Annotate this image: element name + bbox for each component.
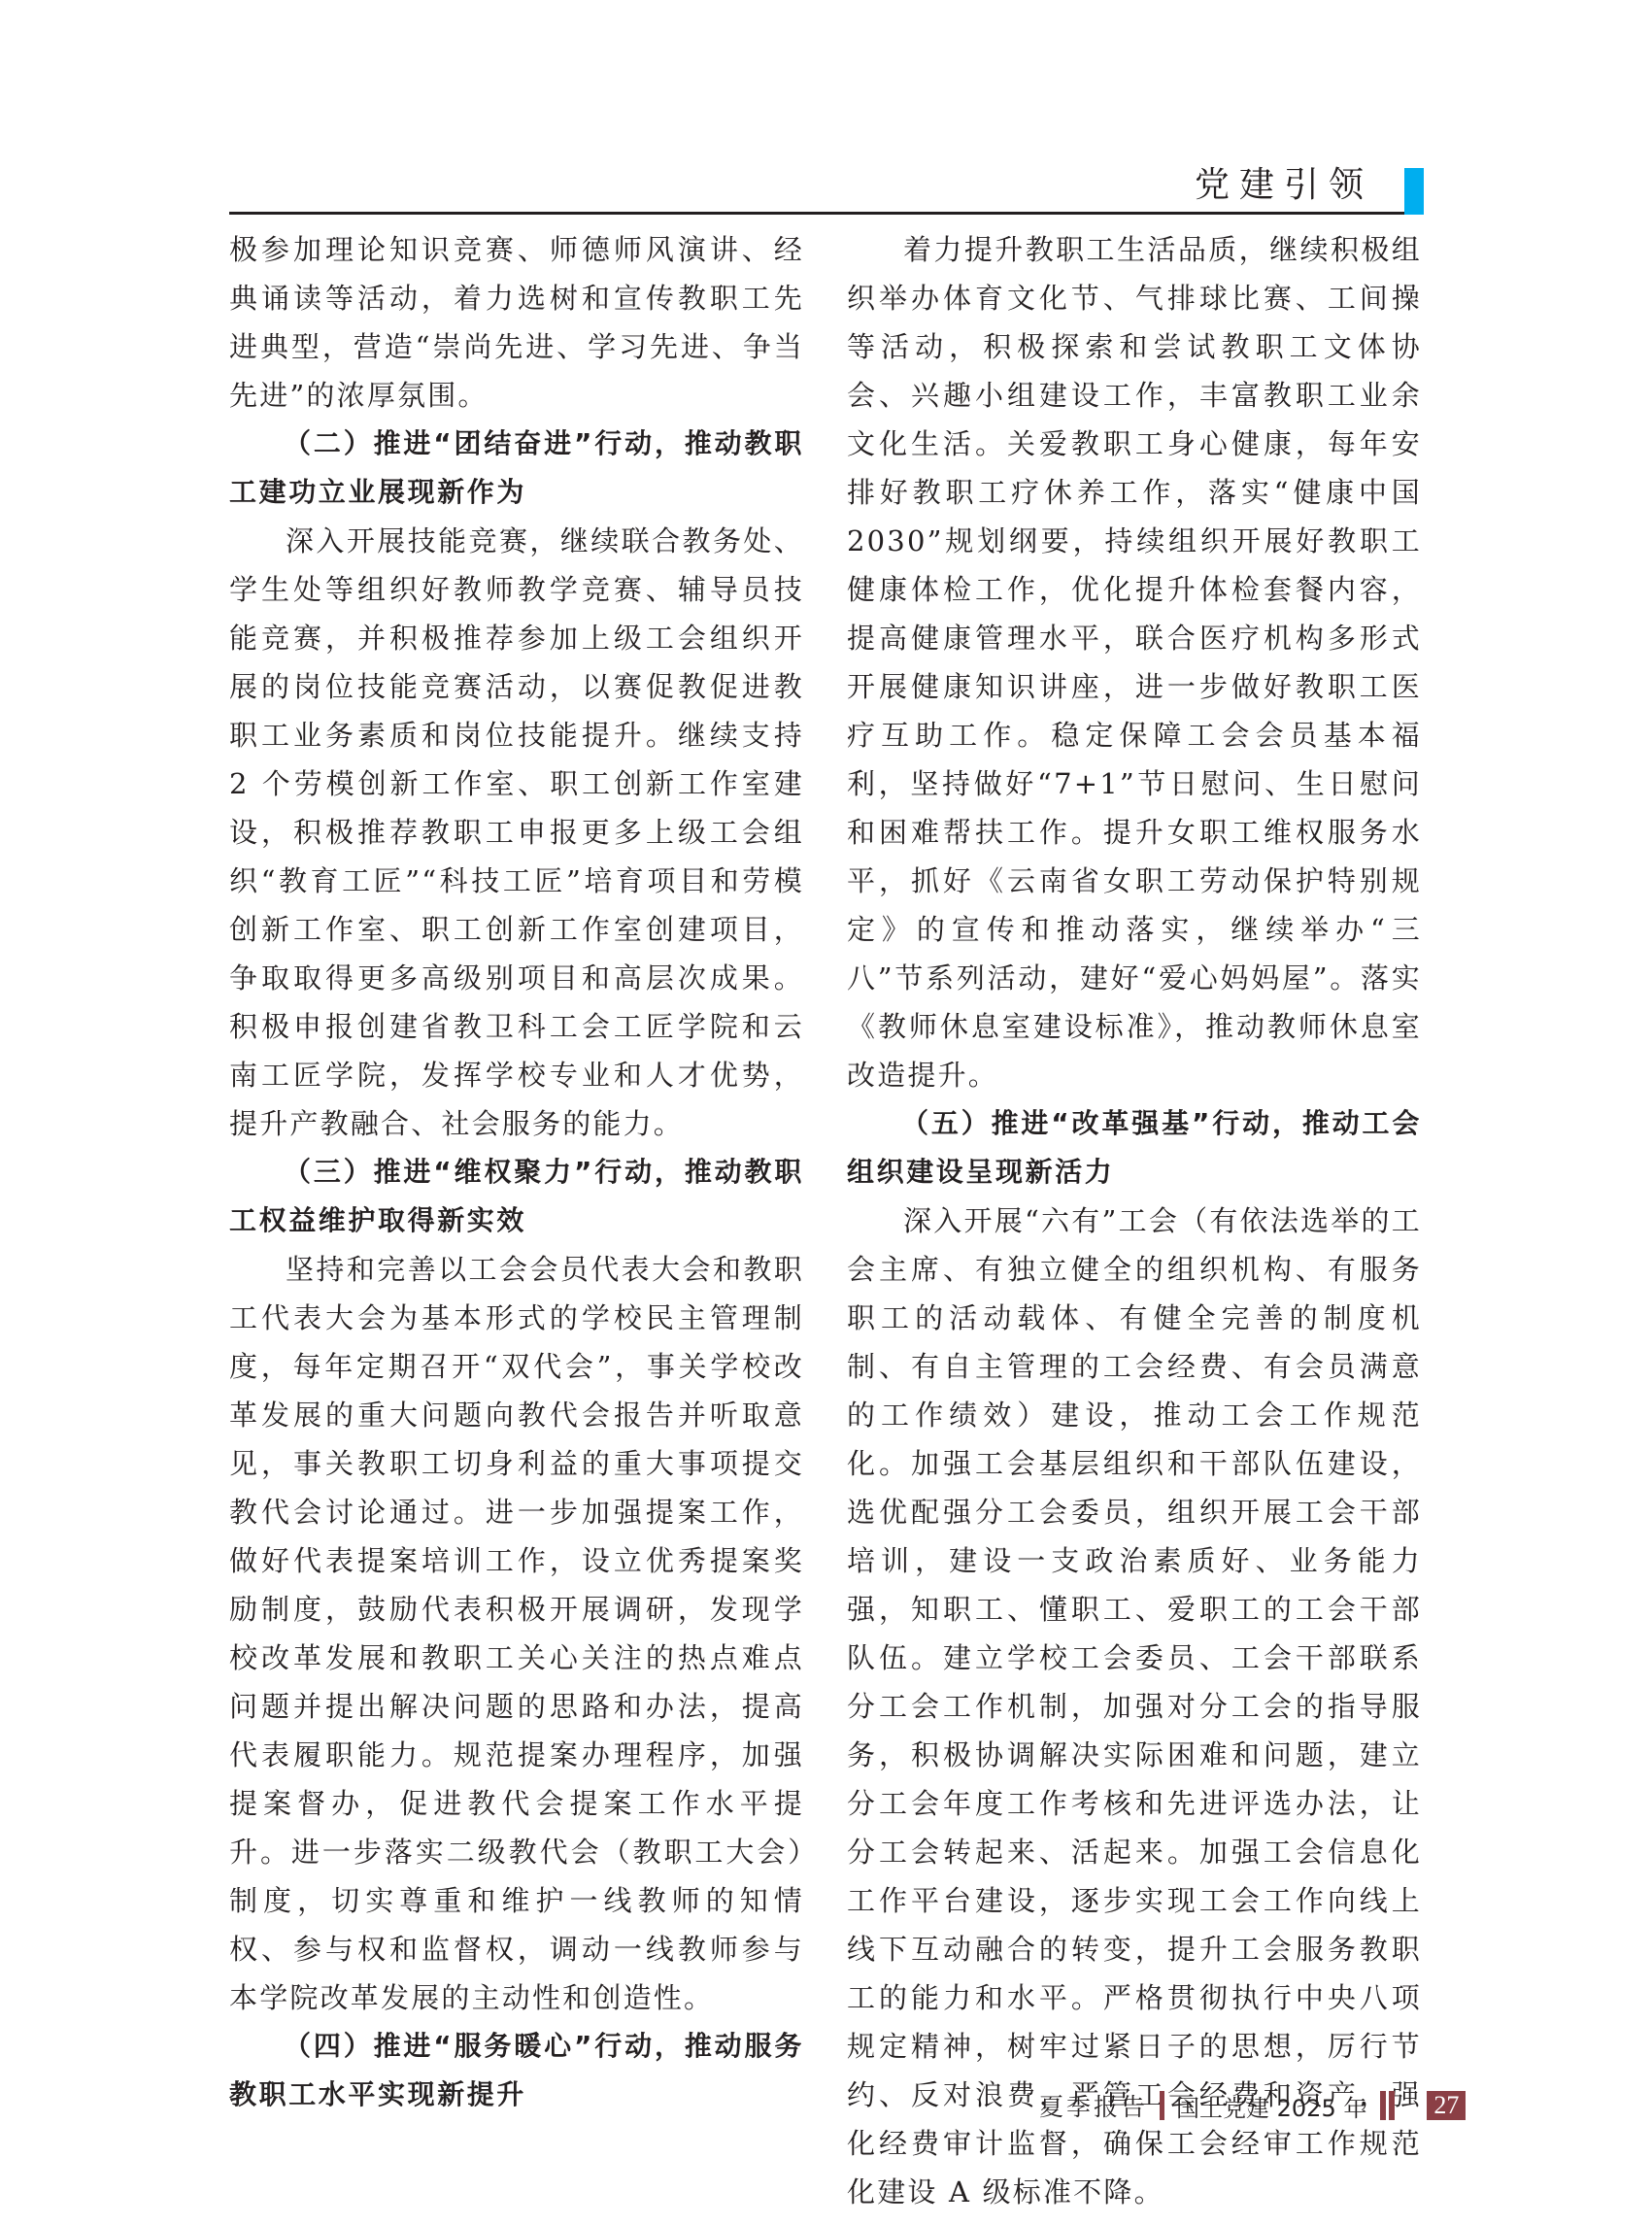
paragraph: 深入开展技能竞赛，继续联合教务处、学生处等组织好教师教学竞赛、辅导员技能竞赛，并…	[229, 517, 804, 1148]
section-heading-5: （五）推进“改革强基”行动，推动工会组织建设呈现新活力	[847, 1099, 1422, 1197]
paragraph: 深入开展“六有”工会（有依法选举的工会主席、有独立健全的组织机构、有服务职工的活…	[847, 1197, 1422, 2216]
section-title: 党建引领	[1195, 161, 1373, 210]
footer-double-bar	[1380, 2091, 1398, 2120]
section-heading-2: （二）推进“团结奋进”行动，推动教职工建功立业展现新作为	[229, 420, 804, 517]
section-accent-bar	[1404, 168, 1424, 215]
section-heading-3: （三）推进“维权聚力”行动，推动教职工权益维护取得新实效	[229, 1148, 804, 1245]
header-rule	[229, 212, 1404, 215]
issue-label: 国土党建 2025 年	[1176, 2089, 1366, 2123]
paragraph: 极参加理论知识竞赛、师德师风演讲、经典诵读等活动，着力选树和宣传教职工先进典型，…	[229, 225, 804, 420]
paragraph: 坚持和完善以工会会员代表大会和教职工代表大会为基本形式的学校民主管理制度，每年定…	[229, 1245, 804, 2022]
page-number: 27	[1427, 2091, 1466, 2120]
paragraph: 着力提升教职工生活品质，继续积极组织举办体育文化节、气排球比赛、工间操等活动，积…	[847, 225, 1422, 1099]
section-heading-4: （四）推进“服务暖心”行动，推动服务教职工水平实现新提升	[229, 2022, 804, 2119]
page-footer: 夏季报告 国土党建 2025 年 27	[1039, 2086, 1466, 2125]
left-column: 极参加理论知识竞赛、师德师风演讲、经典诵读等活动，着力选树和宣传教职工先进典型，…	[229, 225, 804, 2119]
right-column: 着力提升教职工生活品质，继续积极组织举办体育文化节、气排球比赛、工间操等活动，积…	[847, 225, 1422, 2216]
footer-divider	[1160, 2091, 1164, 2120]
magazine-name: 夏季报告	[1039, 2088, 1148, 2123]
